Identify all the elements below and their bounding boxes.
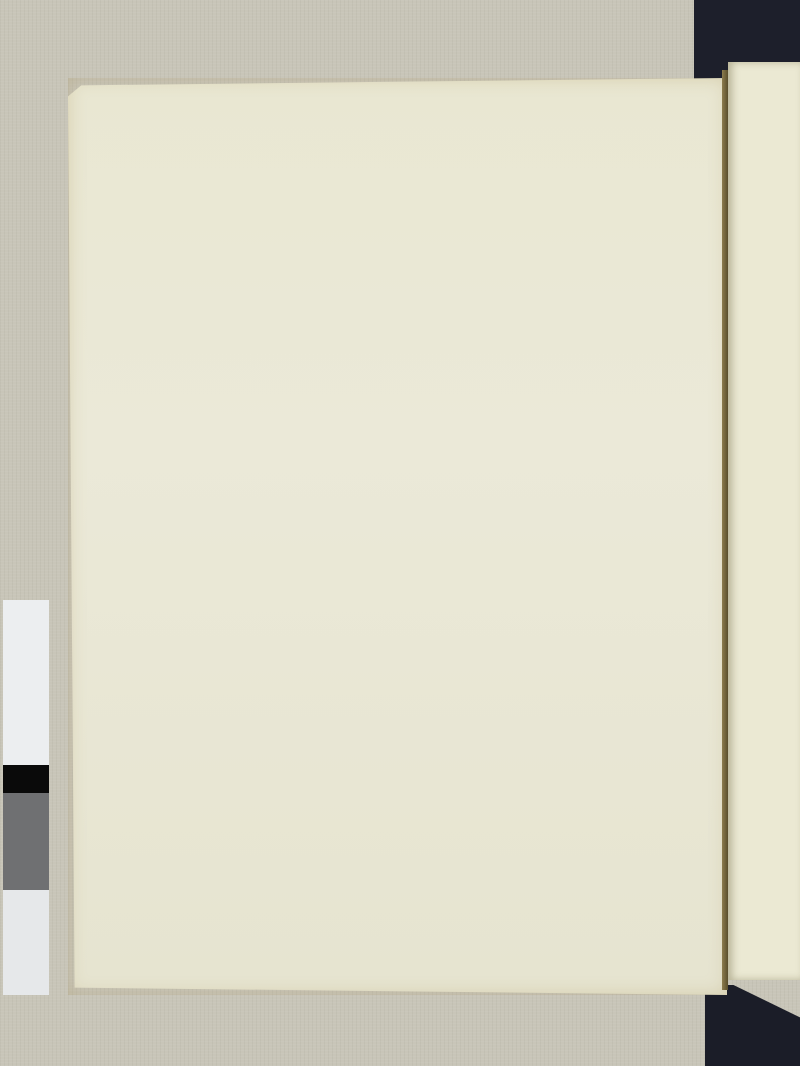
greyscale-black-patch (3, 765, 49, 793)
greyscale-target (3, 600, 49, 995)
manuscript-page (68, 78, 727, 995)
binding-gutter (722, 70, 728, 990)
folio-label (7, 620, 45, 750)
greyscale-grey-patch (3, 793, 49, 890)
greyscale-light-patch (3, 890, 49, 995)
facing-page (728, 62, 800, 980)
greyscale-white-patch (3, 600, 49, 765)
